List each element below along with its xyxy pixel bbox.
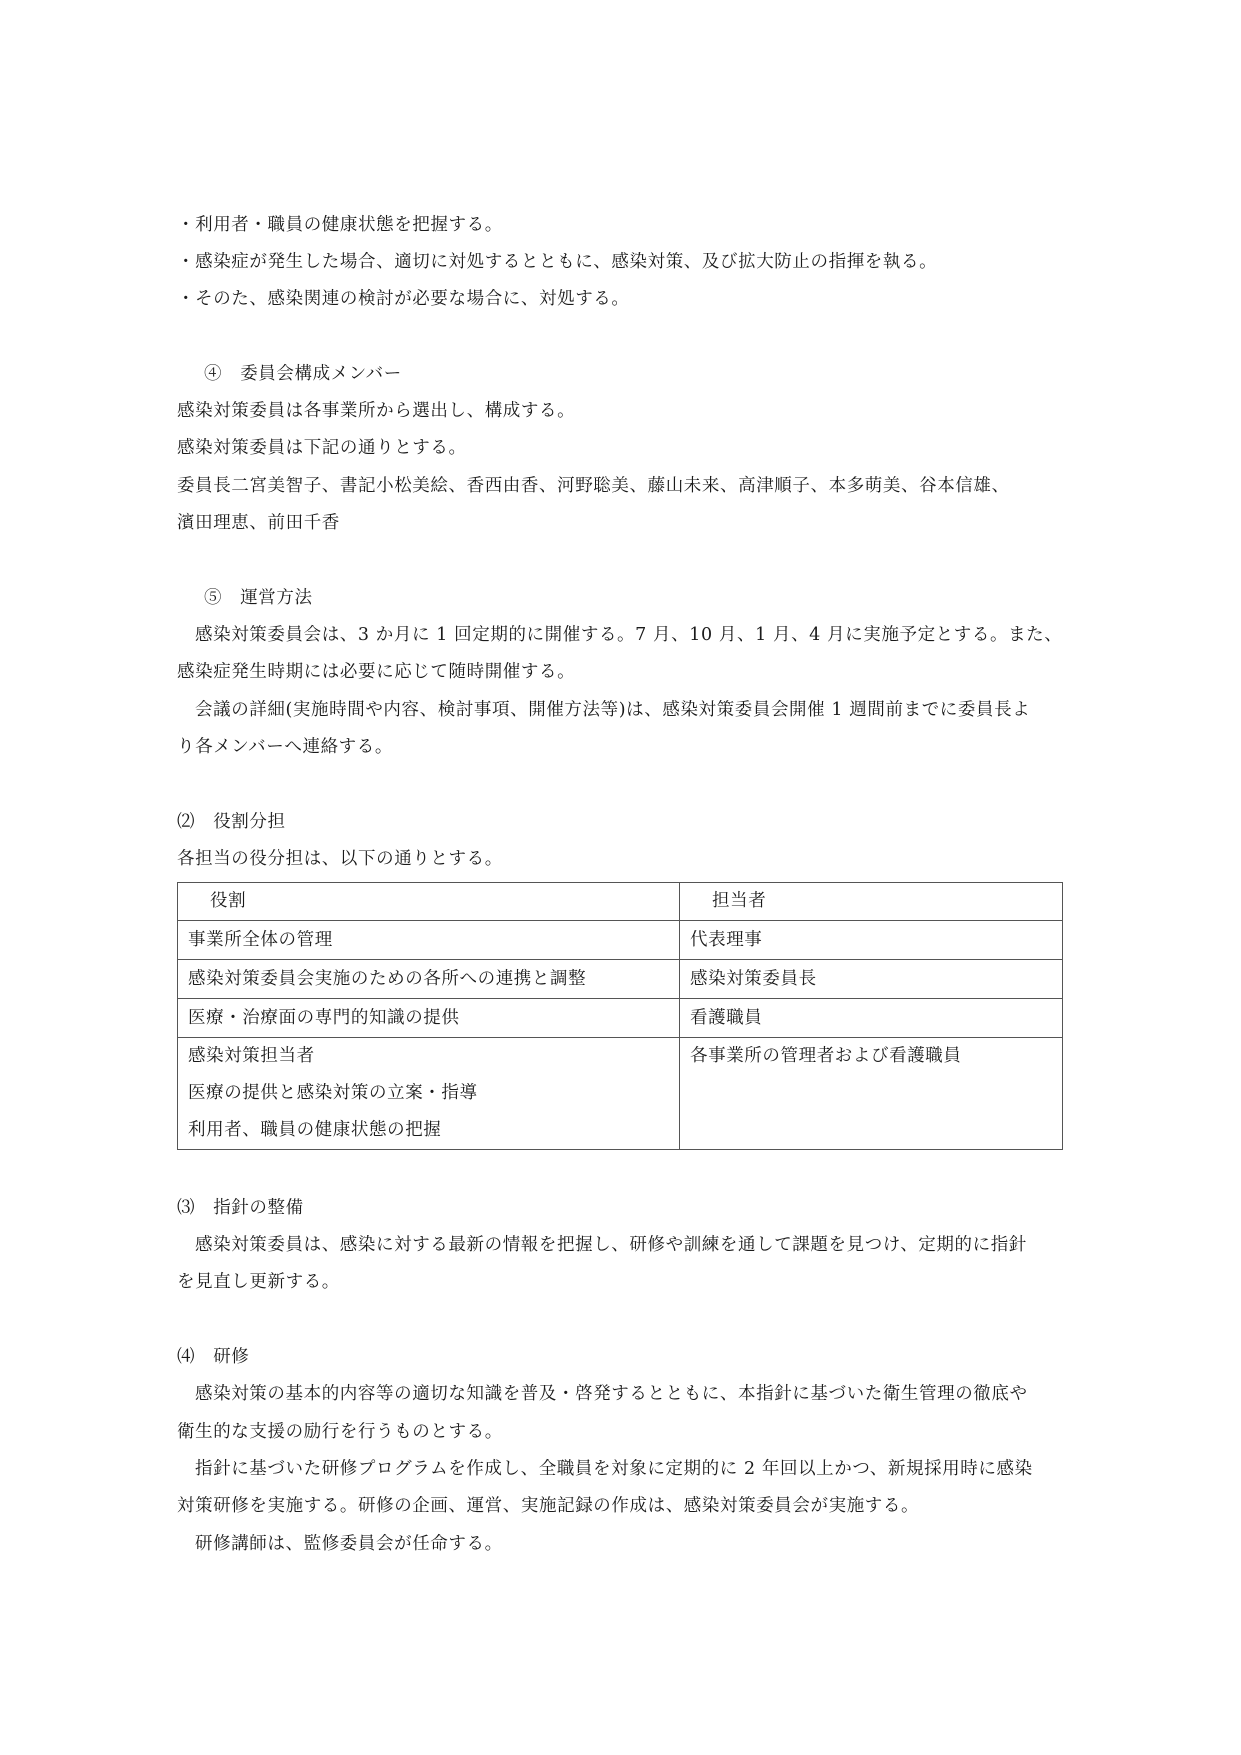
roles-intro: 各担当の役分担は、以下の通りとする。	[177, 847, 503, 871]
table-row: 事業所全体の管理 代表理事	[178, 921, 1063, 960]
paragraph-line: 指針に基づいた研修プログラムを作成し、全職員を対象に定期的に 2 年回以上かつ、…	[177, 1457, 1033, 1481]
table-row: 感染対策委員会実施のための各所への連携と調整 感染対策委員長	[178, 960, 1063, 999]
roles-table: 役割 担当者 事業所全体の管理 代表理事 感染対策委員会実施のための各所への連携…	[177, 882, 1063, 1150]
paragraph-line: 対策研修を実施する。研修の企画、運営、実施記録の作成は、感染対策委員会が実施する…	[177, 1494, 919, 1518]
role-cell: 感染対策委員会実施のための各所への連携と調整	[178, 960, 680, 999]
table-header-row: 役割 担当者	[178, 883, 1063, 921]
section-heading-training: ⑷ 研修	[177, 1345, 249, 1369]
paragraph-line: 感染対策委員会は、3 か月に 1 回定期的に開催する。7 月、10 月、1 月、…	[177, 623, 1062, 647]
bullet-item: ・そのた、感染関連の検討が必要な場合に、対処する。	[177, 287, 630, 311]
member-list: 濱田理恵、前田千香	[177, 511, 340, 535]
paragraph-line: 感染対策委員は、感染に対する最新の情報を把握し、研修や訓練を通して課題を見つけ、…	[177, 1233, 1027, 1257]
member-list: 委員長二宮美智子、書記小松美絵、香西由香、河野聡美、藤山未来、高津順子、本多萌美…	[177, 474, 1010, 498]
table-row: 感染対策担当者 医療の提供と感染対策の立案・指導 利用者、職員の健康状態の把握 …	[178, 1038, 1063, 1150]
section-heading-guidelines: ⑶ 指針の整備	[177, 1196, 304, 1220]
paragraph-line: 感染対策委員は下記の通りとする。	[177, 436, 467, 460]
role-cell: 感染対策担当者 医療の提供と感染対策の立案・指導 利用者、職員の健康状態の把握	[178, 1038, 680, 1150]
role-cell: 事業所全体の管理	[178, 921, 680, 960]
paragraph-line: 衛生的な支援の励行を行うものとする。	[177, 1420, 503, 1444]
paragraph-line: 感染対策の基本的内容等の適切な知識を普及・啓発するとともに、本指針に基づいた衛生…	[177, 1382, 1028, 1406]
paragraph-line: 感染対策委員は各事業所から選出し、構成する。	[177, 399, 575, 423]
paragraph-line: 会議の詳細(実施時間や内容、検討事項、開催方法等)は、感染対策委員会開催 1 週…	[177, 698, 1030, 722]
section-heading-members: ④ 委員会構成メンバー	[177, 362, 402, 386]
paragraph-line: り各メンバーへ連絡する。	[177, 735, 393, 759]
section-heading-operation: ⑤ 運営方法	[177, 586, 313, 610]
person-cell: 代表理事	[680, 921, 1063, 960]
role-cell: 医療・治療面の専門的知識の提供	[178, 999, 680, 1038]
person-cell: 看護職員	[680, 999, 1063, 1038]
bullet-item: ・利用者・職員の健康状態を把握する。	[177, 213, 503, 237]
table-row: 医療・治療面の専門的知識の提供 看護職員	[178, 999, 1063, 1038]
person-cell: 感染対策委員長	[680, 960, 1063, 999]
paragraph-line: を見直し更新する。	[177, 1270, 340, 1294]
paragraph-line: 感染症発生時期には必要に応じて随時開催する。	[177, 660, 575, 684]
header-role: 役割	[178, 883, 680, 921]
section-heading-roles: ⑵ 役割分担	[177, 810, 286, 834]
person-cell: 各事業所の管理者および看護職員	[680, 1038, 1063, 1150]
bullet-item: ・感染症が発生した場合、適切に対処するとともに、感染対策、及び拡大防止の指揮を執…	[177, 250, 937, 274]
header-person: 担当者	[680, 883, 1063, 921]
paragraph-line: 研修講師は、監修委員会が任命する。	[177, 1532, 503, 1556]
